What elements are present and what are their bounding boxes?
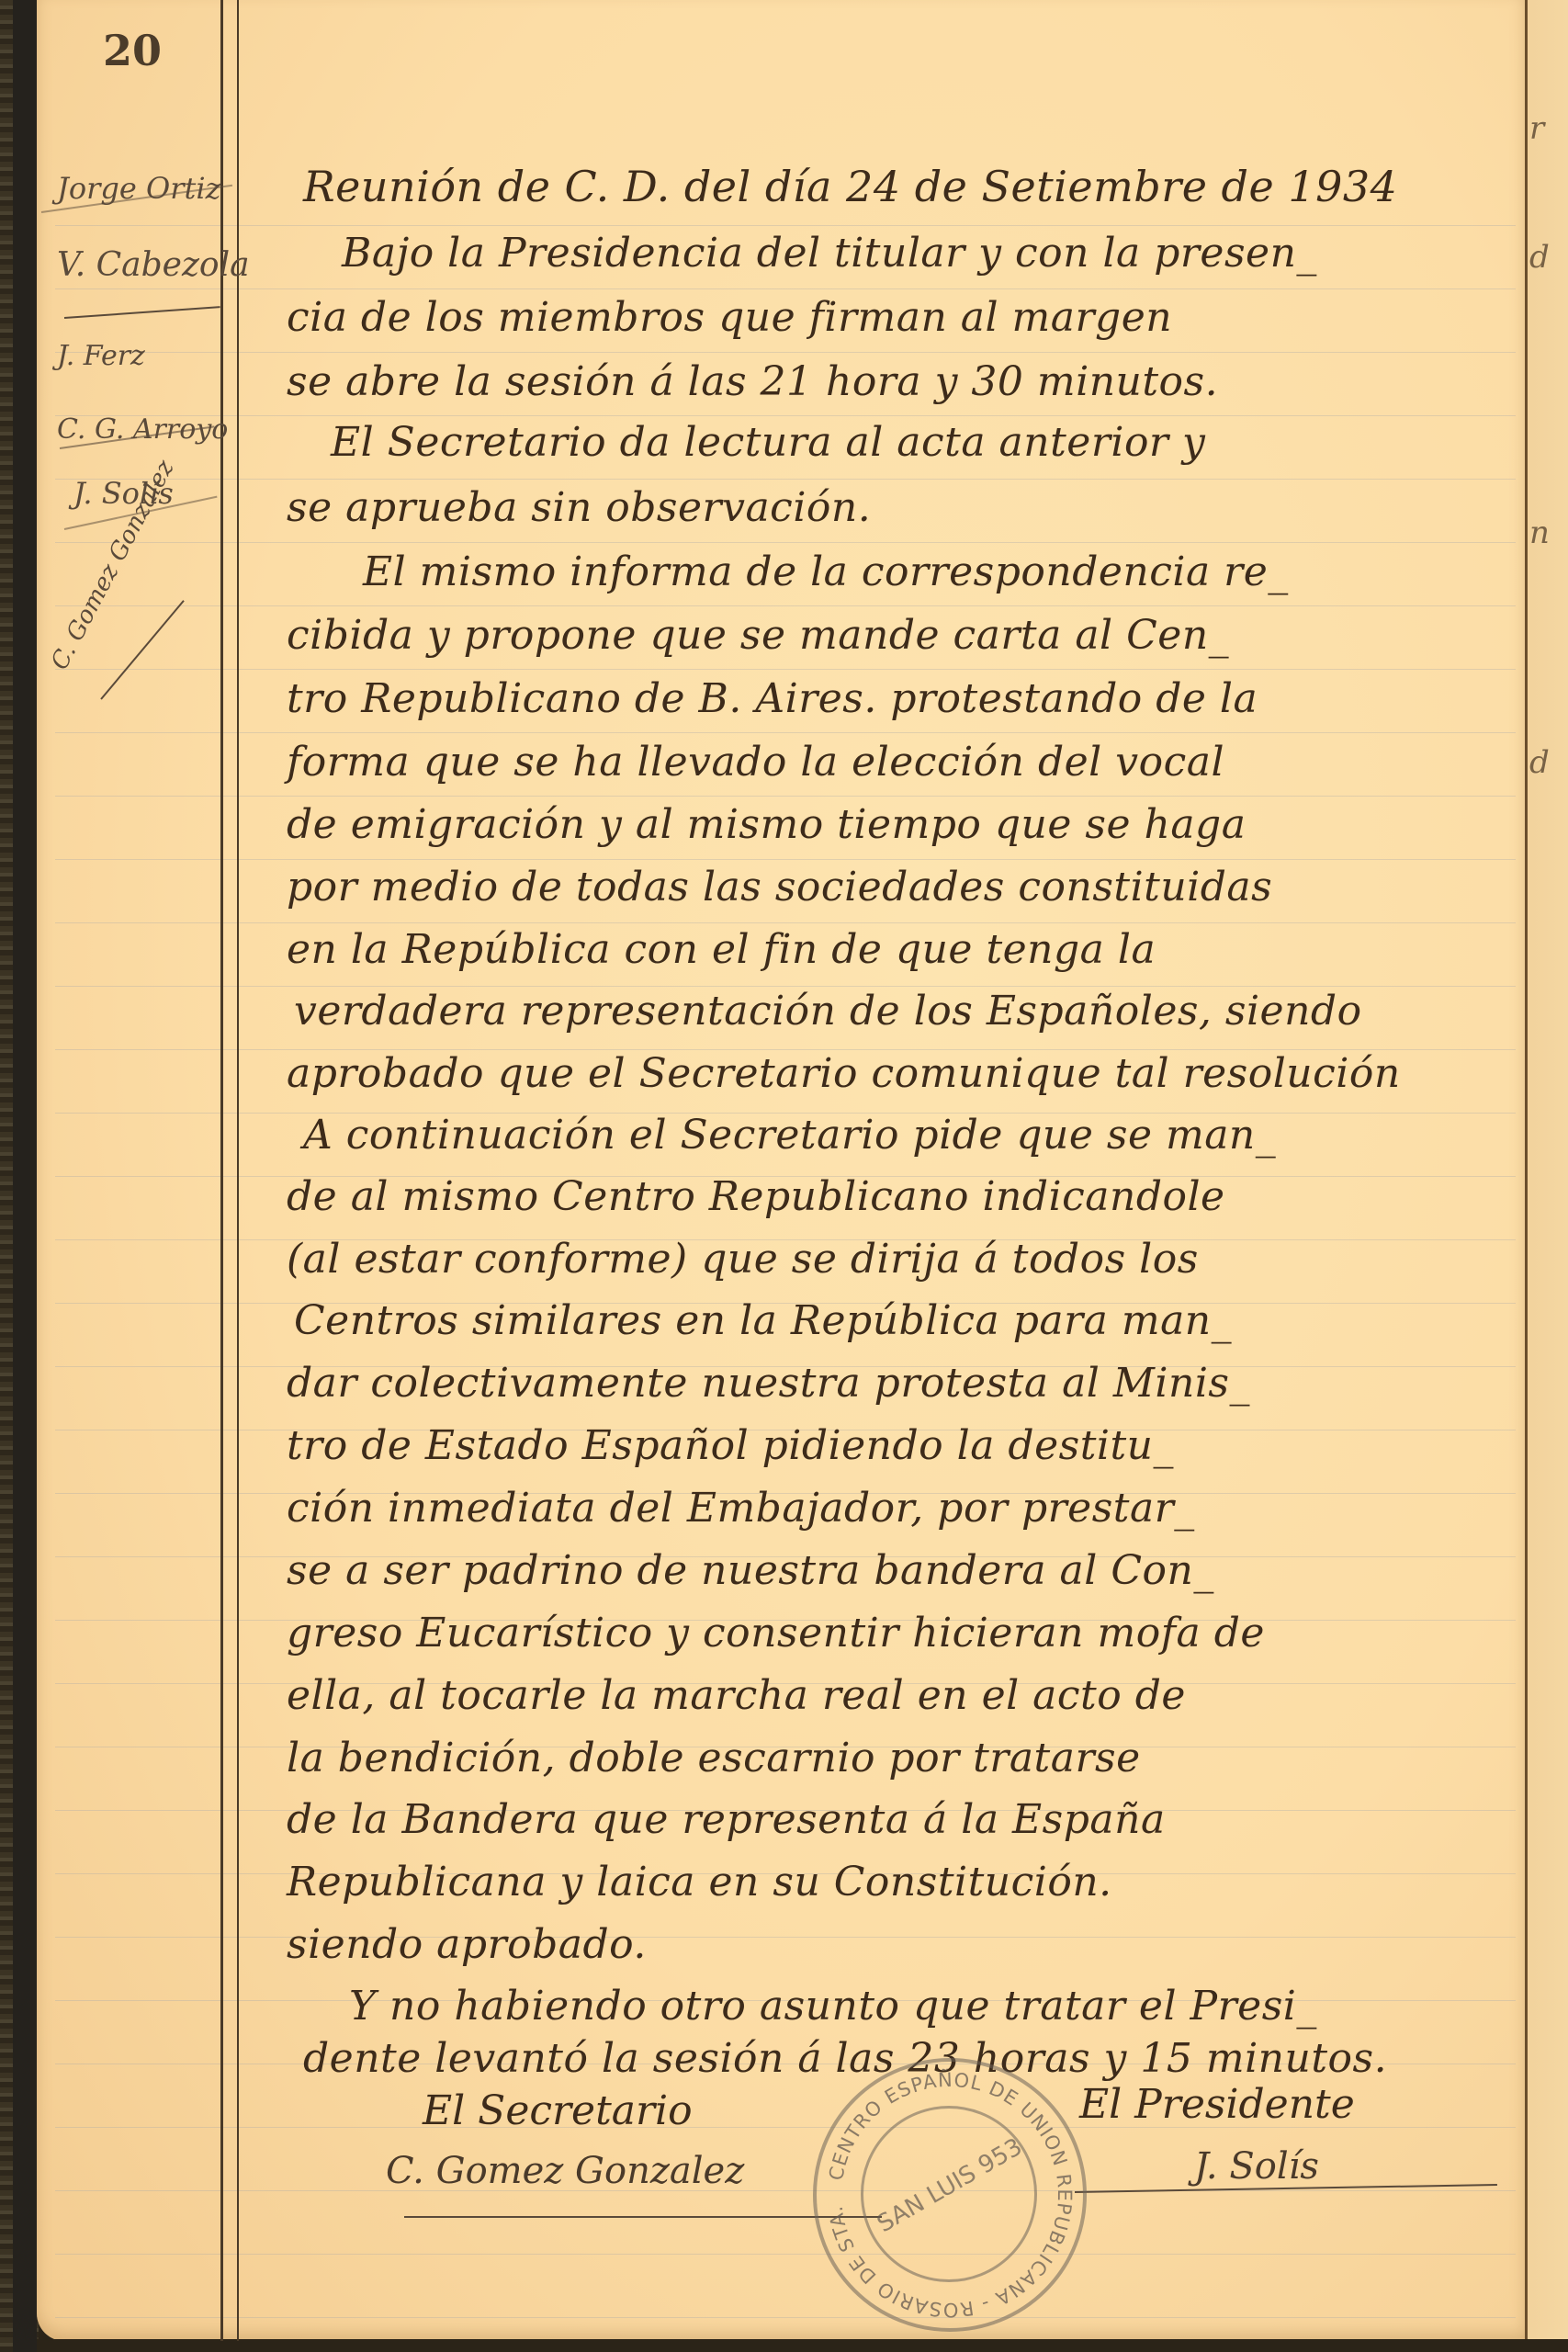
margin-signature: Jorge Ortiz: [57, 171, 220, 206]
body-line: (al estar conforme) que se dirija á todo…: [287, 1236, 1199, 1283]
next-page-fragment: n: [1529, 514, 1550, 551]
body-line: cia de los miembros que firman al margen: [287, 294, 1172, 341]
body-line: greso Eucarístico y consentir hicieran m…: [287, 1610, 1265, 1657]
ruled-line: [55, 796, 1516, 797]
body-line: la bendición, doble escarnio por tratars…: [287, 1735, 1141, 1781]
ruled-line: [55, 2190, 1516, 2191]
body-line: cibida y propone que se mande carta al C…: [287, 612, 1229, 659]
organization-stamp: CENTRO ESPAÑOL DE UNION REPUBLICANA - RO…: [813, 2058, 1087, 2332]
binding-spine: [13, 0, 37, 2352]
margin-signature: J. Ferz: [57, 340, 145, 372]
next-page-fragment: d: [1529, 744, 1550, 781]
secretary-label: El Secretario: [423, 2087, 693, 2134]
body-line: se a ser padrino de nuestra bandera al C…: [287, 1547, 1214, 1594]
book-binding: [0, 0, 39, 2352]
margin-rule-inner: [220, 0, 223, 2341]
ruled-line: [55, 605, 1516, 606]
body-line: tro de Estado Español pidiendo la destit…: [287, 1422, 1174, 1469]
ruled-line: [55, 2254, 1516, 2255]
secretary-signature-flourish: [404, 2216, 882, 2218]
body-line: A continuación el Secretario pide que se…: [303, 1112, 1276, 1159]
president-label: El Presidente: [1079, 2081, 1355, 2128]
ruled-line: [55, 542, 1516, 543]
ruled-line: [55, 415, 1516, 416]
body-line: ción inmediata del Embajador, por presta…: [287, 1485, 1195, 1532]
body-line: forma que se ha llevado la elección del …: [287, 739, 1224, 786]
margin-signature: C. G. Arroyo: [57, 413, 228, 446]
ruled-line: [55, 352, 1516, 353]
minutes-title: Reunión de C. D. del día 24 de Setiembre…: [303, 162, 1397, 211]
next-page-fragment: r: [1529, 110, 1544, 147]
president-signature: J. Solís: [1194, 2145, 1319, 2188]
body-line: Y no habiendo otro asunto que tratar el …: [349, 1983, 1317, 2030]
body-line: Centros similares en la República para m…: [294, 1297, 1232, 1344]
ruled-line: [55, 859, 1516, 860]
page-bottom-edge: [37, 2339, 1568, 2352]
ruled-line: [55, 2317, 1516, 2318]
ruled-line: [55, 986, 1516, 987]
margin-signature: V. Cabezola: [57, 246, 250, 284]
body-line: en la República con el fin de que tenga …: [287, 926, 1156, 973]
body-line: Bajo la Presidencia del titular y con la…: [342, 230, 1317, 277]
ruled-line: [55, 225, 1516, 226]
body-line: tro Republicano de B. Aires. protestando…: [287, 675, 1258, 722]
ruled-line: [55, 732, 1516, 733]
body-line: El mismo informa de la correspondencia r…: [363, 548, 1289, 595]
secretary-signature: C. Gomez Gonzalez: [386, 2150, 744, 2192]
body-line: ella, al tocarle la marcha real en el ac…: [287, 1672, 1186, 1719]
body-line: se abre la sesión á las 21 hora y 30 min…: [287, 358, 1218, 405]
body-line: verdadera representación de los Españole…: [294, 988, 1362, 1035]
ruled-line: [55, 922, 1516, 923]
body-line: dar colectivamente nuestra protesta al M…: [287, 1360, 1250, 1407]
body-line: se aprueba sin observación.: [287, 484, 871, 531]
page-number: 20: [103, 26, 162, 75]
next-page-fragment: d: [1529, 239, 1550, 276]
body-line: El Secretario da lectura al acta anterio…: [331, 419, 1205, 466]
body-line: por medio de todas las sociedades consti…: [287, 864, 1272, 910]
ruled-line: [55, 1937, 1516, 1938]
ruled-line: [55, 479, 1516, 480]
body-line: de al mismo Centro Republicano indicando…: [287, 1173, 1225, 1220]
body-line: siendo aprobado.: [287, 1921, 647, 1968]
margin-rule-outer: [237, 0, 239, 2341]
ruled-line: [55, 669, 1516, 670]
ruled-line: [55, 288, 1516, 289]
body-line: de emigración y al mismo tiempo que se h…: [287, 801, 1246, 848]
body-line: de la Bandera que representa á la España: [287, 1796, 1166, 1843]
body-line: aprobado que el Secretario comunique tal…: [287, 1050, 1401, 1097]
body-line: Republicana y laica en su Constitución.: [287, 1859, 1112, 1905]
